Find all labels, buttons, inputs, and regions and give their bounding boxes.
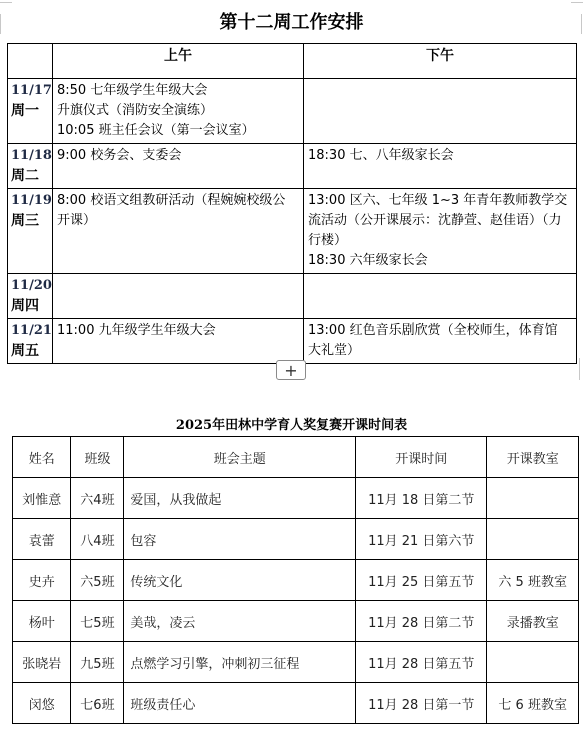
event-line: 13:00 区六、七年级 1~3 年青年教师教学交 bbox=[308, 191, 572, 211]
cell-name[interactable]: 杨叶 bbox=[13, 601, 71, 642]
page-corner-mark bbox=[0, 0, 12, 3]
day-date: 11/20 bbox=[11, 276, 49, 296]
cell-room[interactable]: 七 6 班教室 bbox=[487, 683, 579, 724]
cell-time[interactable]: 11月 28 日第五节 bbox=[356, 642, 487, 683]
cell-class[interactable]: 七6班 bbox=[71, 683, 124, 724]
day-name: 周一 bbox=[11, 101, 49, 121]
header-name: 姓名 bbox=[13, 437, 71, 478]
day-name: 周三 bbox=[11, 211, 49, 231]
table-row: 11/19 周三 8:00 校语文组教研活动（程婉婉校级公 开课） 13:00 … bbox=[8, 189, 577, 274]
cell-time[interactable]: 11月 21 日第六节 bbox=[356, 519, 487, 560]
cell-time[interactable]: 11月 25 日第五节 bbox=[356, 560, 487, 601]
event-line: 13:00 红色音乐剧欣赏（全校师生，体育馆 bbox=[308, 321, 572, 341]
event-line: 升旗仪式（消防安全演练） bbox=[57, 101, 299, 121]
cell-class[interactable]: 九5班 bbox=[71, 642, 124, 683]
day-cell: 11/17 周一 bbox=[8, 79, 53, 144]
lesson-schedule-table: 姓名 班级 班会主题 开课时间 开课教室 刘惟意 六4班 爱国，从我做起 11月… bbox=[12, 436, 579, 724]
header-cell-empty bbox=[8, 44, 53, 79]
event-line: 开课） bbox=[57, 211, 299, 231]
cell-time[interactable]: 11月 18 日第二节 bbox=[356, 478, 487, 519]
event-line: 11:00 九年级学生年级大会 bbox=[57, 321, 299, 341]
morning-cell[interactable]: 9:00 校务会、支委会 bbox=[53, 144, 304, 189]
cell-class[interactable]: 六5班 bbox=[71, 560, 124, 601]
cell-time[interactable]: 11月 28 日第一节 bbox=[356, 683, 487, 724]
page-corner-mark bbox=[571, 0, 583, 3]
table-row: 11/21 周五 11:00 九年级学生年级大会 13:00 红色音乐剧欣赏（全… bbox=[8, 319, 577, 364]
day-date: 11/17 bbox=[11, 81, 49, 101]
event-line: 大礼堂） bbox=[308, 341, 572, 361]
table-header-row: 上午 下午 bbox=[8, 44, 577, 79]
cell-name[interactable]: 袁蕾 bbox=[13, 519, 71, 560]
day-name: 周二 bbox=[11, 166, 49, 186]
cell-room[interactable] bbox=[487, 519, 579, 560]
event-line: 8:50 七年级学生年级大会 bbox=[57, 81, 299, 101]
add-row-button[interactable]: + bbox=[276, 360, 306, 380]
cell-name[interactable]: 史卉 bbox=[13, 560, 71, 601]
table-row: 11/17 周一 8:50 七年级学生年级大会 升旗仪式（消防安全演练） 10:… bbox=[8, 79, 577, 144]
week-schedule-table: 上午 下午 11/17 周一 8:50 七年级学生年级大会 升旗仪式（消防安全演… bbox=[7, 43, 577, 364]
event-line: 9:00 校务会、支委会 bbox=[57, 146, 299, 166]
week-schedule-title: 第十二周工作安排 bbox=[0, 8, 583, 34]
event-line: 8:00 校语文组教研活动（程婉婉校级公 bbox=[57, 191, 299, 211]
table-row: 袁蕾 八4班 包容 11月 21 日第六节 bbox=[13, 519, 579, 560]
event-line: 18:30 七、八年级家长会 bbox=[308, 146, 572, 166]
cell-name[interactable]: 张晓岩 bbox=[13, 642, 71, 683]
table-row: 张晓岩 九5班 点燃学习引擎，冲刺初三征程 11月 28 日第五节 bbox=[13, 642, 579, 683]
header-room: 开课教室 bbox=[487, 437, 579, 478]
cell-topic[interactable]: 爱国，从我做起 bbox=[124, 478, 356, 519]
header-cell-morning: 上午 bbox=[53, 44, 304, 79]
day-cell: 11/18 周二 bbox=[8, 144, 53, 189]
event-line: 行楼） bbox=[308, 231, 572, 251]
cell-room[interactable] bbox=[487, 642, 579, 683]
morning-cell[interactable]: 8:00 校语文组教研活动（程婉婉校级公 开课） bbox=[53, 189, 304, 274]
table-header-row: 姓名 班级 班会主题 开课时间 开课教室 bbox=[13, 437, 579, 478]
day-date: 11/19 bbox=[11, 191, 49, 211]
page-margin-mark bbox=[579, 358, 581, 380]
afternoon-cell[interactable] bbox=[304, 79, 577, 144]
header-cell-afternoon: 下午 bbox=[304, 44, 577, 79]
cell-room[interactable]: 录播教室 bbox=[487, 601, 579, 642]
table-row: 史卉 六5班 传统文化 11月 25 日第五节 六 5 班教室 bbox=[13, 560, 579, 601]
morning-cell[interactable]: 11:00 九年级学生年级大会 bbox=[53, 319, 304, 364]
lesson-schedule-title: 2025年田林中学育人奖复赛开课时间表 bbox=[0, 414, 583, 433]
plus-icon: + bbox=[284, 361, 297, 380]
table-row: 刘惟意 六4班 爱国，从我做起 11月 18 日第二节 bbox=[13, 478, 579, 519]
day-cell: 11/21 周五 bbox=[8, 319, 53, 364]
header-time: 开课时间 bbox=[356, 437, 487, 478]
event-line: 18:30 六年级家长会 bbox=[308, 251, 572, 271]
cell-class[interactable]: 八4班 bbox=[71, 519, 124, 560]
cell-name[interactable]: 闵悠 bbox=[13, 683, 71, 724]
cell-room[interactable]: 六 5 班教室 bbox=[487, 560, 579, 601]
afternoon-cell[interactable]: 18:30 七、八年级家长会 bbox=[304, 144, 577, 189]
header-topic: 班会主题 bbox=[124, 437, 356, 478]
day-cell: 11/20 周四 bbox=[8, 274, 53, 319]
cell-class[interactable]: 七5班 bbox=[71, 601, 124, 642]
afternoon-cell[interactable]: 13:00 红色音乐剧欣赏（全校师生，体育馆 大礼堂） bbox=[304, 319, 577, 364]
day-name: 周五 bbox=[11, 341, 49, 361]
table-row: 杨叶 七5班 美哉，凌云 11月 28 日第二节 录播教室 bbox=[13, 601, 579, 642]
cell-room[interactable] bbox=[487, 478, 579, 519]
cell-topic[interactable]: 美哉，凌云 bbox=[124, 601, 356, 642]
cell-topic[interactable]: 点燃学习引擎，冲刺初三征程 bbox=[124, 642, 356, 683]
event-line: 流活动（公开课展示：沈静萱、赵佳语）（力 bbox=[308, 211, 572, 231]
afternoon-cell[interactable]: 13:00 区六、七年级 1~3 年青年教师教学交 流活动（公开课展示：沈静萱、… bbox=[304, 189, 577, 274]
day-cell: 11/19 周三 bbox=[8, 189, 53, 274]
morning-cell[interactable]: 8:50 七年级学生年级大会 升旗仪式（消防安全演练） 10:05 班主任会议（… bbox=[53, 79, 304, 144]
morning-cell[interactable] bbox=[53, 274, 304, 319]
cell-topic[interactable]: 传统文化 bbox=[124, 560, 356, 601]
event-line: 10:05 班主任会议（第一会议室） bbox=[57, 121, 299, 141]
cell-topic[interactable]: 班级责任心 bbox=[124, 683, 356, 724]
header-class: 班级 bbox=[71, 437, 124, 478]
table-row: 11/20 周四 bbox=[8, 274, 577, 319]
day-name: 周四 bbox=[11, 296, 49, 316]
afternoon-cell[interactable] bbox=[304, 274, 577, 319]
cell-time[interactable]: 11月 28 日第二节 bbox=[356, 601, 487, 642]
table-row: 11/18 周二 9:00 校务会、支委会 18:30 七、八年级家长会 bbox=[8, 144, 577, 189]
table-row: 闵悠 七6班 班级责任心 11月 28 日第一节 七 6 班教室 bbox=[13, 683, 579, 724]
cell-topic[interactable]: 包容 bbox=[124, 519, 356, 560]
day-date: 11/18 bbox=[11, 146, 49, 166]
cell-class[interactable]: 六4班 bbox=[71, 478, 124, 519]
cell-name[interactable]: 刘惟意 bbox=[13, 478, 71, 519]
day-date: 11/21 bbox=[11, 321, 49, 341]
